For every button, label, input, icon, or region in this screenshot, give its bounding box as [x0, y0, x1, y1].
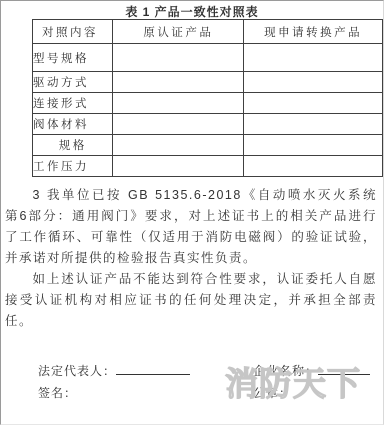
- table-header-content: 对照内容: [33, 20, 113, 44]
- table-header-original-product: 原认证产品: [113, 20, 244, 44]
- company-name-label: 企业名称：: [253, 364, 318, 378]
- table-row: 连接形式: [33, 93, 383, 114]
- paragraph-verification-declaration: 3 我单位已按 GB 5135.6-2018《自动喷水灭火系统 第6部分：通用阀…: [5, 185, 377, 269]
- table-header-converted-product: 现申请转换产品: [244, 20, 383, 44]
- cell-converted-model-spec: [244, 44, 383, 72]
- cell-original-model-spec: [113, 44, 244, 72]
- row-label-connection-type: 连接形式: [33, 93, 113, 114]
- table-row: 规格: [33, 135, 383, 156]
- table-row: 驱动方式: [33, 72, 383, 93]
- row-label-drive-mode: 驱动方式: [33, 72, 113, 93]
- cell-converted-drive-mode: [244, 72, 383, 93]
- cell-original-drive-mode: [113, 72, 244, 93]
- document-page: 表 1 产品一致性对照表 对照内容 原认证产品 现申请转换产品 型号规格 驱动方…: [0, 0, 384, 425]
- cell-original-valve-body-material: [113, 114, 244, 135]
- row-label-model-spec: 型号规格: [33, 44, 113, 72]
- signature-row-1: 法定代表人： 企业名称：: [38, 362, 374, 378]
- body-text: 3 我单位已按 GB 5135.6-2018《自动喷水灭火系统 第6部分：通用阀…: [5, 185, 377, 332]
- row-label-specification: 规格: [33, 135, 113, 156]
- table-header-row: 对照内容 原认证产品 现申请转换产品: [33, 20, 383, 44]
- paragraph-liability-commitment: 如上述认证产品不能达到符合性要求，认证委托人自愿接受认证机构对相应证书的任何处理…: [5, 269, 377, 332]
- table-row: 型号规格: [33, 44, 383, 72]
- company-name-blank-line: [318, 363, 370, 375]
- cell-converted-specification: [244, 135, 383, 156]
- official-seal-label: 公章：: [253, 384, 292, 401]
- cell-converted-valve-body-material: [244, 114, 383, 135]
- row-label-valve-body-material: 阀体材料: [33, 114, 113, 135]
- legal-representative-blank-line: [116, 363, 190, 375]
- row-label-working-pressure: 工作压力: [33, 156, 113, 177]
- signature-row-2: 签名： 公章：: [38, 384, 374, 400]
- cell-original-working-pressure: [113, 156, 244, 177]
- table-row: 阀体材料: [33, 114, 383, 135]
- page-title: 表 1 产品一致性对照表: [1, 3, 383, 20]
- cell-original-connection-type: [113, 93, 244, 114]
- cell-converted-working-pressure: [244, 156, 383, 177]
- comparison-table: 对照内容 原认证产品 现申请转换产品 型号规格 驱动方式 连接形式: [32, 19, 383, 177]
- cell-original-specification: [113, 135, 244, 156]
- signature-label: 签名：: [38, 384, 77, 401]
- table-row: 工作压力: [33, 156, 383, 177]
- legal-representative-label: 法定代表人：: [38, 364, 116, 378]
- cell-converted-connection-type: [244, 93, 383, 114]
